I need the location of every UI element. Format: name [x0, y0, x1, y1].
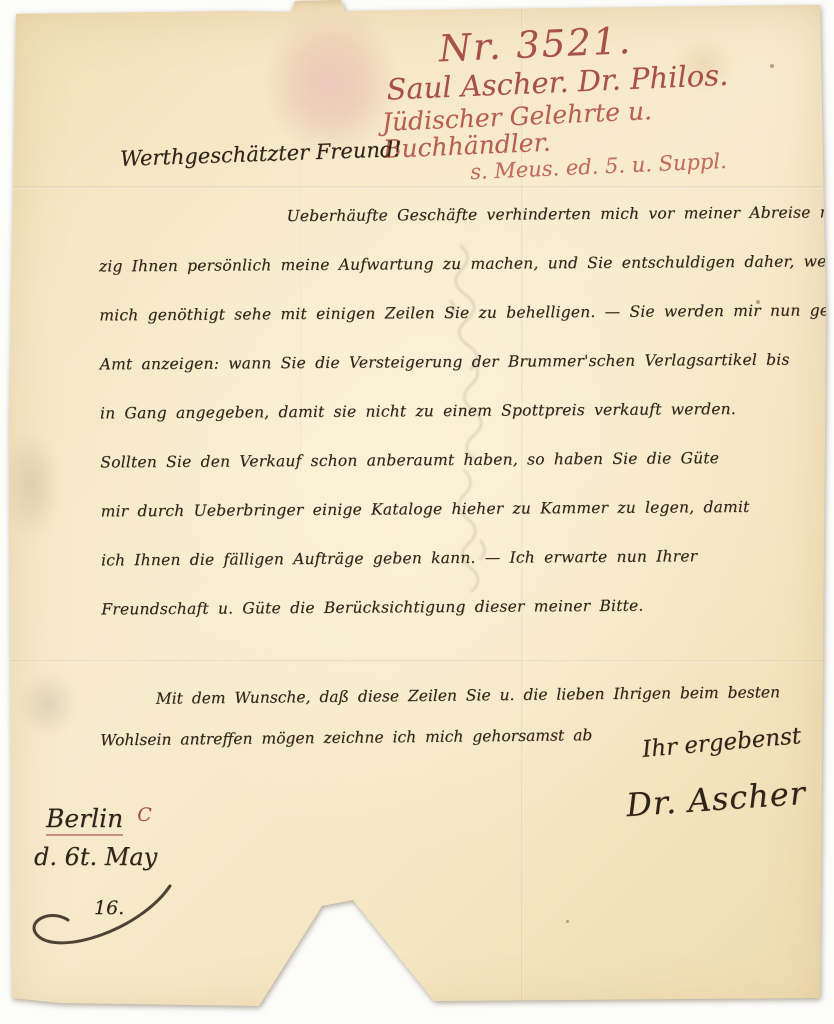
body-line: Ueberhäufte Geschäfte verhinderten mich … — [98, 189, 792, 243]
body-line: Amt anzeigen: wann Sie die Versteigerung… — [99, 336, 793, 390]
body-line: in Gang angegeben, damit sie nicht zu ei… — [100, 385, 794, 439]
date-text: d. 6t. May — [34, 843, 157, 871]
dateline: BerlinC d. 6t. May 16. — [46, 804, 157, 919]
horizontal-fold-crease — [10, 660, 822, 663]
letter-scan: Nr. 3521. Saul Ascher. Dr. Philos. Jüdis… — [0, 0, 834, 1024]
archival-mark: C — [137, 804, 152, 826]
dateline-place-row: BerlinC — [46, 804, 157, 833]
body-line: mich genöthigt sehe mit einigen Zeilen S… — [99, 287, 793, 341]
body-line: mir durch Ueberbringer einige Kataloge h… — [101, 483, 795, 537]
year-text: 16. — [94, 897, 157, 919]
edge-stain — [4, 430, 60, 540]
body-line: zig Ihnen persönlich meine Aufwartung zu… — [99, 238, 793, 292]
place-name: Berlin — [46, 804, 123, 836]
body-line: Sollten Sie den Verkauf schon anberaumt … — [100, 434, 794, 488]
signature: Dr. Ascher — [625, 774, 807, 824]
body-line: ich Ihnen die fälligen Aufträge geben ka… — [101, 532, 795, 586]
ink-speck — [566, 920, 569, 923]
letter-paper: Nr. 3521. Saul Ascher. Dr. Philos. Jüdis… — [0, 0, 834, 1024]
salutation: Werthgeschätzter Freund! — [120, 137, 402, 171]
body-line: Freundschaft u. Güte die Berücksichtigun… — [101, 581, 795, 635]
seal-stain-core — [292, 40, 372, 130]
collector-stamp: Nr. 3521. Saul Ascher. Dr. Philos. Jüdis… — [378, 14, 794, 188]
paper-shadow: Nr. 3521. Saul Ascher. Dr. Philos. Jüdis… — [0, 0, 834, 1024]
letter-body-paragraph-1: Ueberhäufte Geschäfte verhinderten mich … — [98, 189, 795, 635]
bottom-stain — [18, 672, 78, 736]
body-line: Mit dem Wunsche, daß diese Zeilen Sie u.… — [100, 673, 740, 721]
